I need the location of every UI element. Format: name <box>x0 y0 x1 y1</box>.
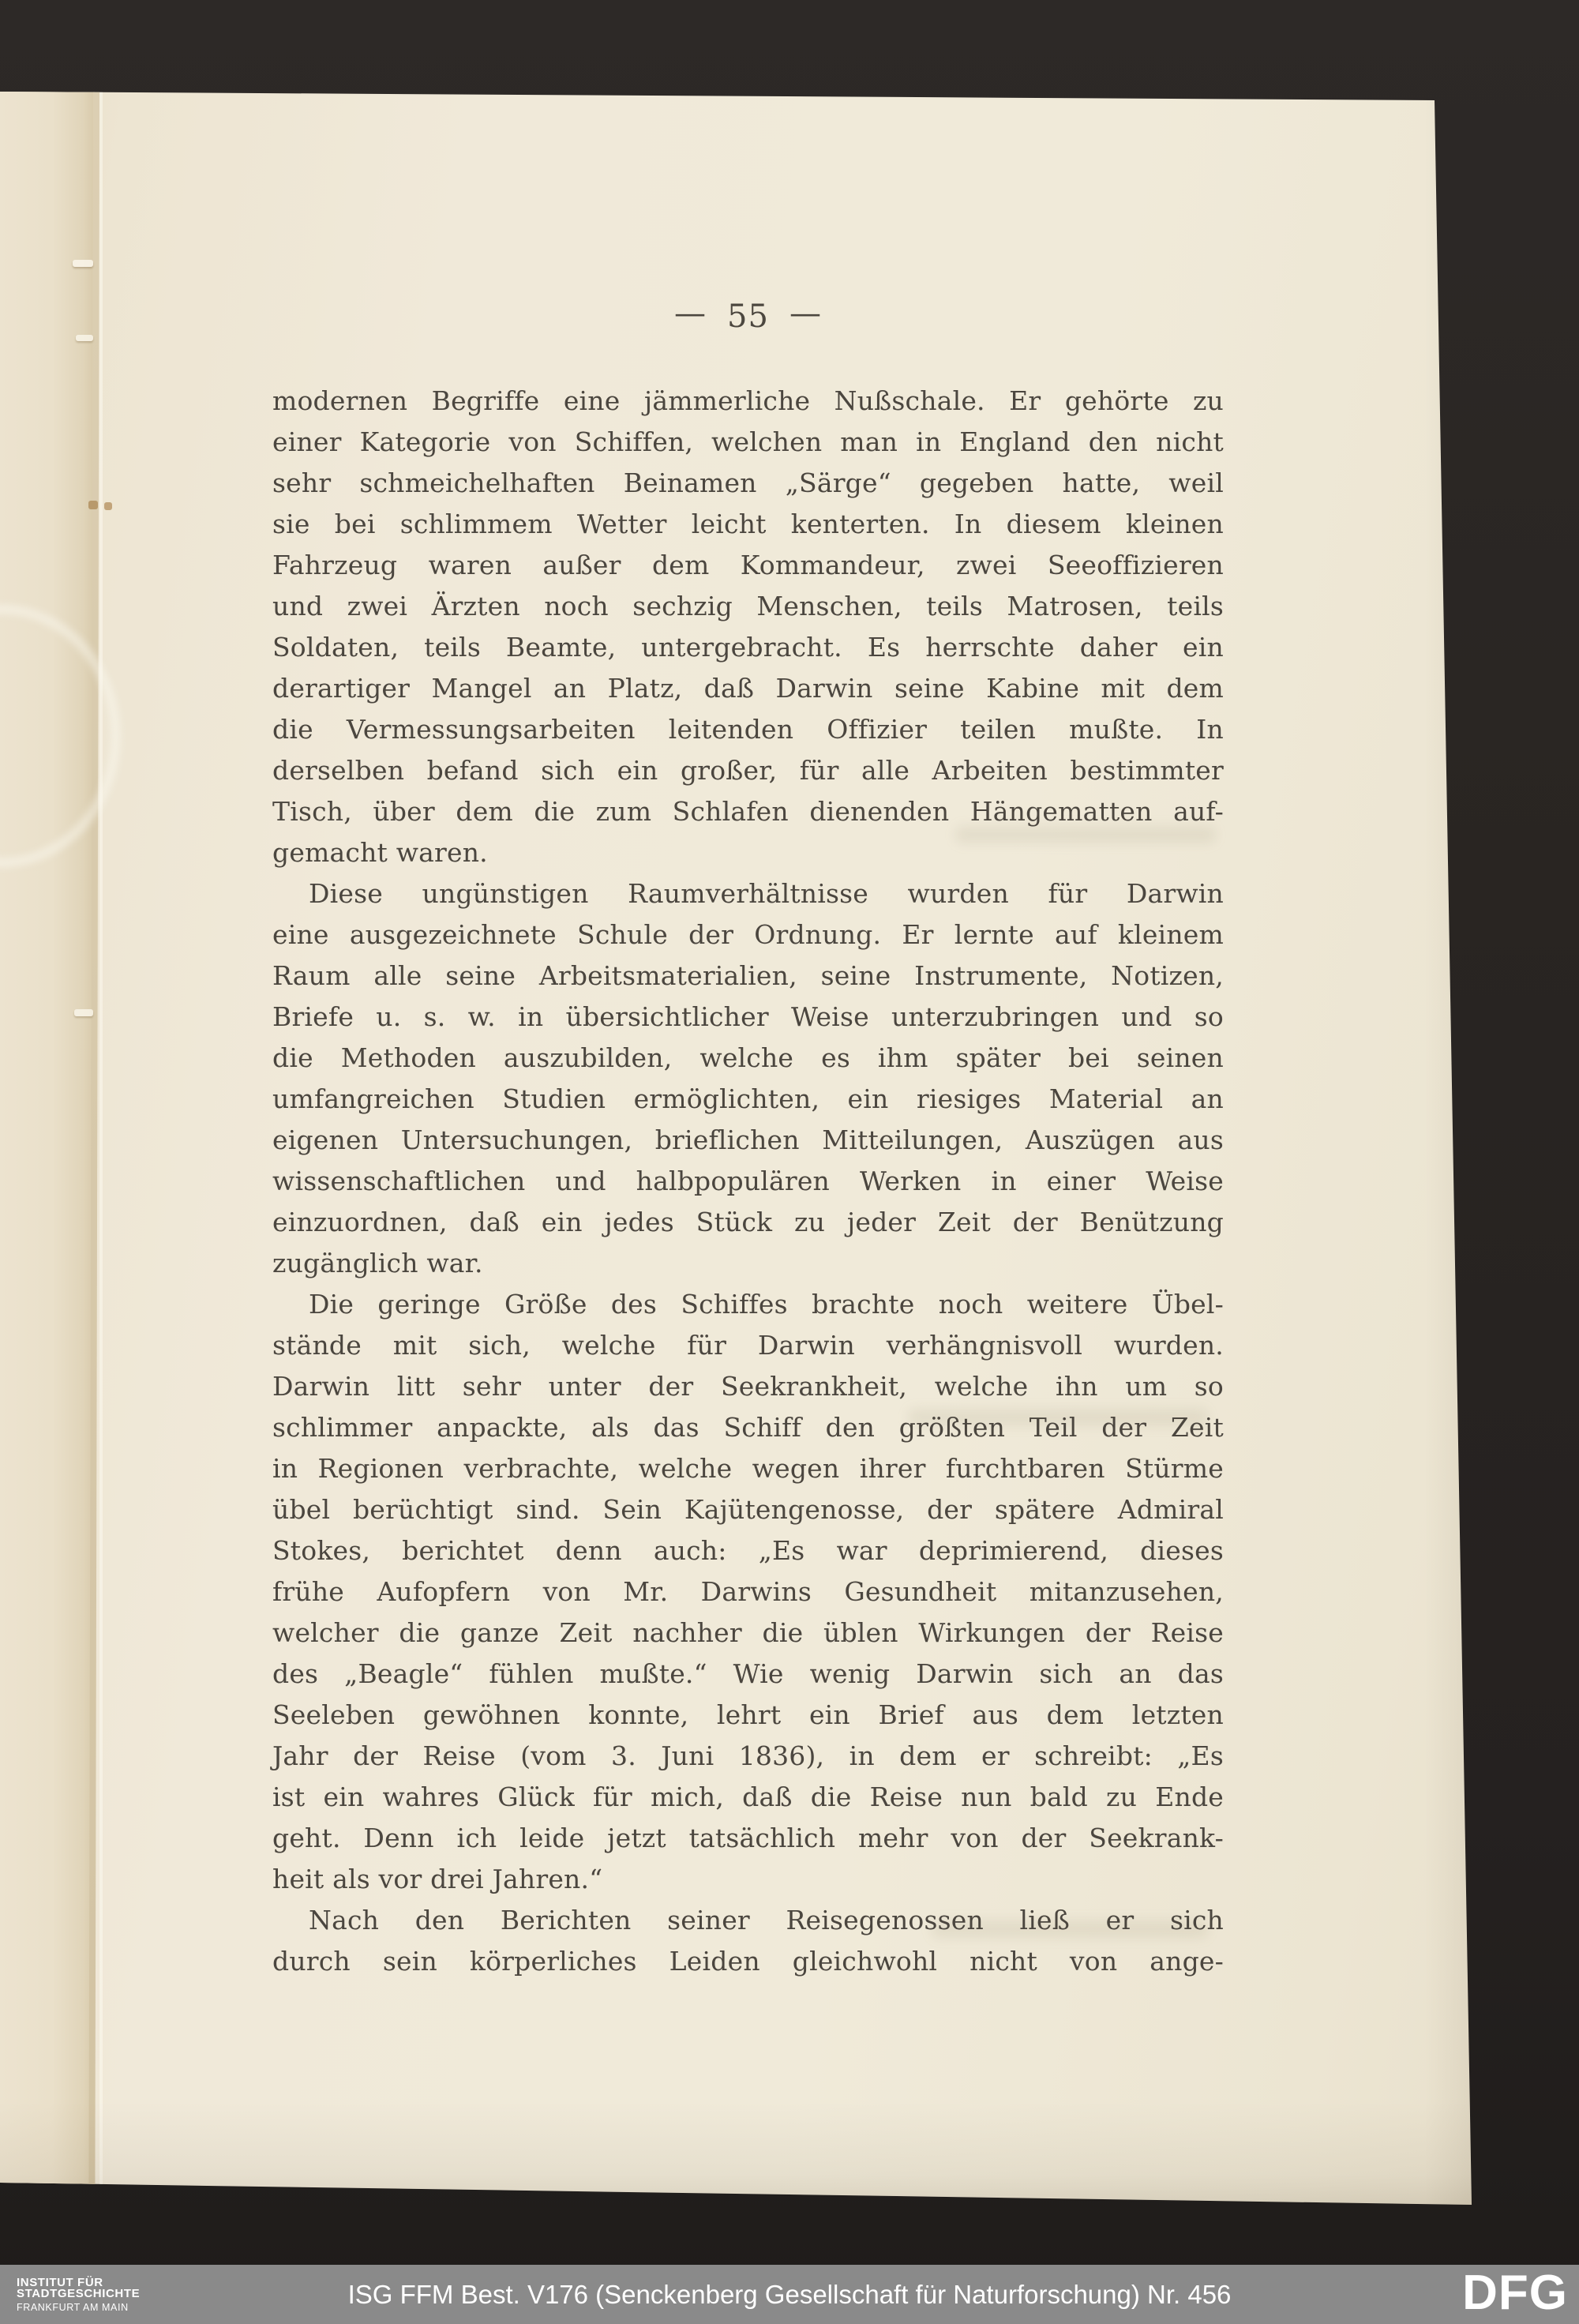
text-line: derartiger Mangel an Platz, daß Darwin s… <box>272 668 1224 709</box>
text-line: derselben befand sich ein großer, für al… <box>272 750 1224 791</box>
text-line: schlimmer anpackte, als das Schiff den g… <box>272 1407 1224 1448</box>
archive-reference-caption: ISG FFM Best. V176 (Senckenberg Gesellsc… <box>348 2280 1232 2310</box>
text-line: sehr schmeichelhaften Beinamen „Särge“ g… <box>272 463 1224 504</box>
text-line: Fahrzeug waren außer dem Kommandeur, zwe… <box>272 545 1224 586</box>
text-line: stände mit sich, welche für Darwin verhä… <box>272 1325 1224 1366</box>
text-line: Darwin litt sehr unter der Seekrankheit,… <box>272 1366 1224 1407</box>
text-line: in Regionen verbrachte, welche wegen ihr… <box>272 1448 1224 1489</box>
text-line: Stokes, berichtet denn auch: „Es war dep… <box>272 1530 1224 1571</box>
body-text: modernen Begriffe eine jämmerliche Nußsc… <box>272 381 1224 1982</box>
stitch-mark <box>88 501 98 509</box>
page-bottom-shadow <box>0 2101 1472 2206</box>
page-number-dash: — <box>674 295 707 332</box>
page-number: —55— <box>272 298 1224 335</box>
text-line: eine ausgezeichnete Schule der Ordnung. … <box>272 914 1224 956</box>
text-line: Raum alle seine Arbeitsmaterialien, sein… <box>272 956 1224 997</box>
text-line: Tisch, über dem die zum Schlafen dienend… <box>272 791 1224 832</box>
text-line: frühe Aufopfern von Mr. Darwins Gesundhe… <box>272 1571 1224 1613</box>
text-line: zugänglich war. <box>272 1243 1224 1284</box>
text-line: Soldaten, teils Beamte, untergebracht. E… <box>272 627 1224 668</box>
page-right-shadow <box>1424 92 1472 2206</box>
institute-logo-line2: STADTGESCHICHTE <box>17 2288 140 2300</box>
text-line: Nach den Berichten seiner Reisegenossen … <box>272 1900 1224 1941</box>
text-line: Diese ungünstigen Raumverhältnisse wurde… <box>272 873 1224 914</box>
page-number-dash: — <box>789 295 822 332</box>
book-page: —55— modernen Begriffe eine jämmerliche … <box>0 92 1472 2206</box>
text-line: durch sein körperliches Leiden gleichwoh… <box>272 1941 1224 1982</box>
institute-logo-line3: FRANKFURT AM MAIN <box>17 2302 140 2312</box>
archive-footer-bar: INSTITUT FÜR STADTGESCHICHTE FRANKFURT A… <box>0 2265 1579 2324</box>
text-line: gemacht waren. <box>272 832 1224 873</box>
text-line: Die geringe Größe des Schiffes brachte n… <box>272 1284 1224 1325</box>
text-line: geht. Denn ich leide jetzt tatsächlich m… <box>272 1818 1224 1859</box>
text-line: ist ein wahres Glück für mich, daß die R… <box>272 1777 1224 1818</box>
text-line: Jahr der Reise (vom 3. Juni 1836), in de… <box>272 1736 1224 1777</box>
text-line: des „Beagle“ fühlen mußte.“ Wie wenig Da… <box>272 1654 1224 1695</box>
text-line: heit als vor drei Jahren.“ <box>272 1859 1224 1900</box>
page-number-value: 55 <box>727 298 769 335</box>
text-line: einer Kategorie von Schiffen, welchen ma… <box>272 422 1224 463</box>
gutter-crease-highlight <box>99 92 103 2206</box>
text-line: modernen Begriffe eine jämmerliche Nußsc… <box>272 381 1224 422</box>
scan-background: —55— modernen Begriffe eine jämmerliche … <box>0 0 1579 2324</box>
text-line: Briefe u. s. w. in übersichtlicher Weise… <box>272 997 1224 1038</box>
text-line: eigenen Untersuchungen, brieflichen Mitt… <box>272 1120 1224 1161</box>
dfg-logo: DFG <box>1462 2269 1568 2318</box>
text-line: und zwei Ärzten noch sechzig Menschen, t… <box>272 586 1224 627</box>
text-line: sie bei schlimmem Wetter leicht kenterte… <box>272 504 1224 545</box>
stitch-mark <box>104 502 112 510</box>
text-line: Seeleben gewöhnen konnte, lehrt ein Brie… <box>272 1695 1224 1736</box>
text-line: die Vermessungsarbeiten leitenden Offizi… <box>272 709 1224 750</box>
text-line: welcher die ganze Zeit nachher die üblen… <box>272 1613 1224 1654</box>
text-line: umfangreichen Studien ermöglichten, ein … <box>272 1079 1224 1120</box>
stitch-mark <box>74 1009 93 1016</box>
page-gutter <box>0 92 95 2206</box>
stitch-mark <box>73 260 93 267</box>
text-line: übel berüchtigt sind. Sein Kajütengenoss… <box>272 1489 1224 1530</box>
stitch-mark <box>76 335 93 341</box>
text-line: einzuordnen, daß ein jedes Stück zu jede… <box>272 1202 1224 1243</box>
text-line: wissenschaftlichen und halbpopulären Wer… <box>272 1161 1224 1202</box>
institute-logo: INSTITUT FÜR STADTGESCHICHTE FRANKFURT A… <box>17 2277 140 2312</box>
text-line: die Methoden auszubilden, welche es ihm … <box>272 1038 1224 1079</box>
